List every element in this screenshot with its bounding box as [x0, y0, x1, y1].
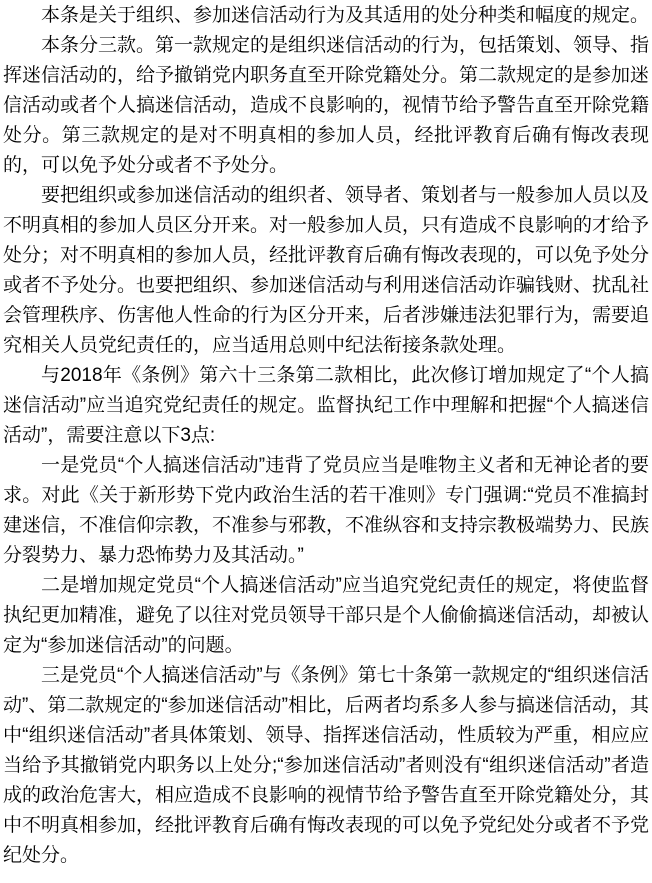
paragraph-distinguish: 要把组织或参加迷信活动的组织者、领导者、策划者与一般参加人员以及不明真相的参加人… [3, 181, 649, 361]
paragraph-2018-comparison: 与2018年《条例》第六十三条第二款相比，此次修订增加规定了“个人搞迷信活动”应… [3, 361, 649, 451]
paragraph-three-clauses: 本条分三款。第一款规定的是组织迷信活动的行为，包括策划、领导、指挥迷信活动的，给… [3, 31, 649, 181]
paragraph-point-two: 二是增加规定党员“个人搞迷信活动”应当追究党纪责任的规定，将使监督执纪更加精准，… [3, 571, 649, 661]
paragraph-intro: 本条是关于组织、参加迷信活动行为及其适用的处分种类和幅度的规定。 [3, 1, 649, 31]
paragraph-point-three: 三是党员“个人搞迷信活动”与《条例》第七十条第一款规定的“组织迷信活动”、第二款… [3, 661, 649, 871]
document-page: 本条是关于组织、参加迷信活动行为及其适用的处分种类和幅度的规定。 本条分三款。第… [0, 0, 652, 871]
paragraph-point-one: 一是党员“个人搞迷信活动”违背了党员应当是唯物主义者和无神论者的要求。对此《关于… [3, 451, 649, 571]
